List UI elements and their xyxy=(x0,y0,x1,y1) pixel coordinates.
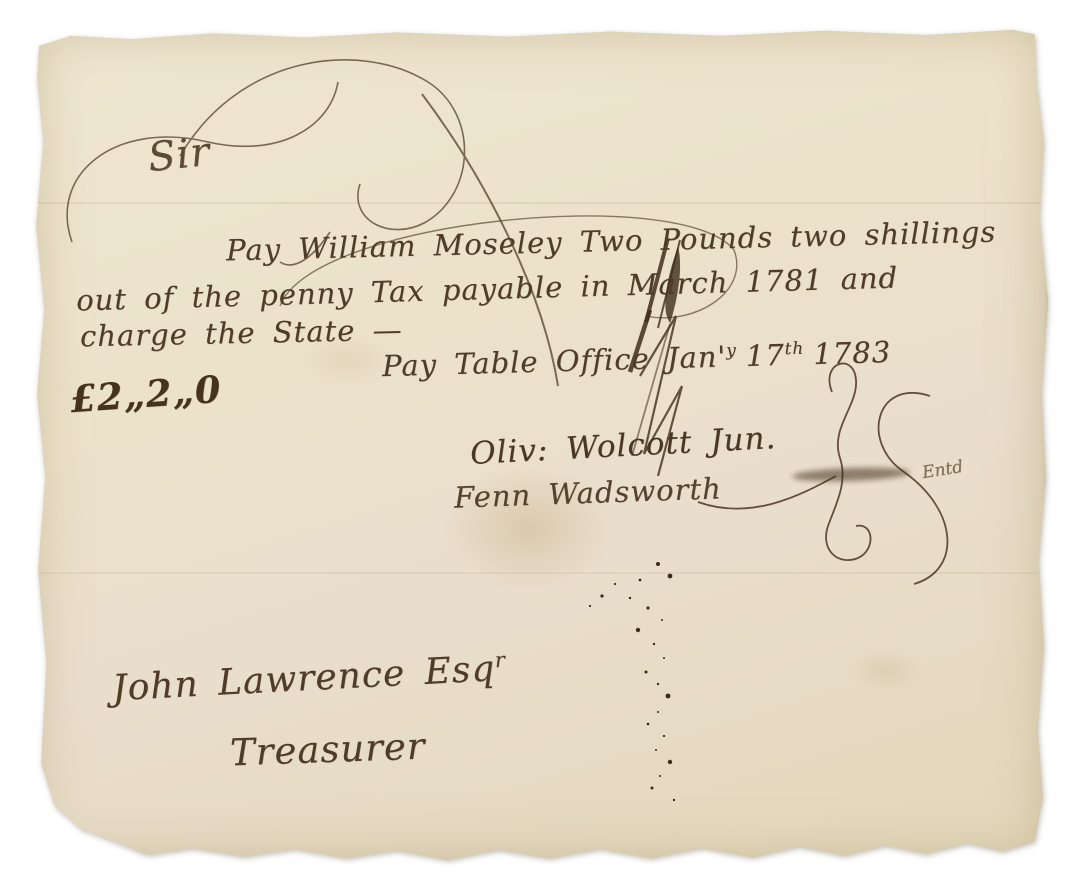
body-line-1: Pay William Moseley Two Pounds two shill… xyxy=(226,215,997,268)
paper-sheet: Sir Pay William Moseley Two Pounds two s… xyxy=(30,24,1048,864)
addressee-name-sup: r xyxy=(494,648,506,673)
scanned-document-image: Sir Pay William Moseley Two Pounds two s… xyxy=(0,0,1080,888)
dateline-sup-th: th xyxy=(784,338,804,359)
paper-sheet-wrapper: Sir Pay William Moseley Two Pounds two s… xyxy=(30,24,1048,864)
ink-smear xyxy=(792,466,910,483)
dateline-sup-y: y xyxy=(726,340,737,360)
dateline-year: 1783 xyxy=(813,335,892,371)
signature-wadsworth: Fenn Wadsworth xyxy=(453,471,722,514)
salutation: Sir xyxy=(146,129,213,181)
entry-note: Entd xyxy=(921,457,965,483)
amount: £2„2„0 xyxy=(69,367,223,421)
body-line-3: charge the State — xyxy=(80,313,403,354)
dateline-office: Pay Table Office Jan' xyxy=(382,339,727,383)
addressee-name-text: John Lawrence Esq xyxy=(111,648,496,709)
addressee-name: John Lawrence Esqr xyxy=(111,648,507,710)
body-line-2: out of the penny Tax payable in March 17… xyxy=(76,261,899,318)
dateline: Pay Table Office Jan'y17th1783 xyxy=(382,335,892,383)
signature-wolcott: Oliv: Wolcott Jun. xyxy=(469,420,777,472)
dateline-day: 17 xyxy=(745,338,785,373)
addressee-title: Treasurer xyxy=(229,725,426,775)
ink-spatter xyxy=(589,562,675,801)
